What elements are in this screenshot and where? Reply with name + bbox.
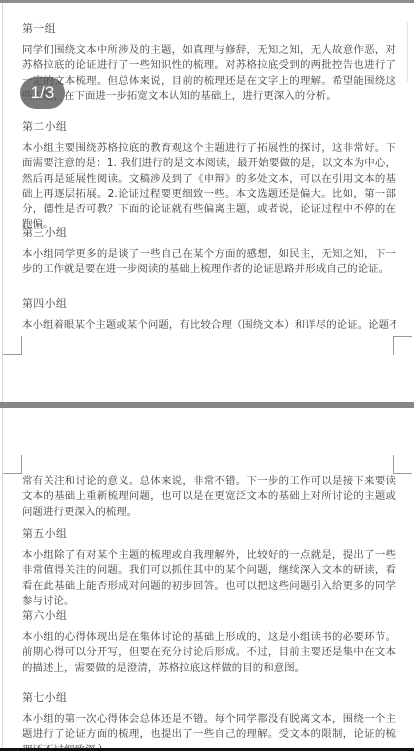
crop-mark-top-right [393,455,412,474]
top-edge-bar [0,0,414,3]
section-body-part2: 常有关注和讨论的意义。总体来说，非常不错。下一步的工作可以是接下来要读文本的基础… [22,474,396,520]
section-heading: 第七小组 [22,691,396,705]
section-heading: 第二小组 [22,120,396,134]
section-group-6: 第六小组 本小组的心得体现出是在集体讨论的基础上形成的，这是小组读书的必要环节。… [22,609,396,676]
page-break [0,402,414,408]
section-body: 本小组同学更多的是谈了一些自己在某个方面的感想，如民主，无知之知，下一步的工作就… [22,247,396,278]
section-body: 本小组的第一次心得体会总体还是不错。每个同学都没有脱离文本，围绕一个主题进行了论… [22,712,396,751]
crop-mark-bottom-right [393,336,412,355]
page-right-edge [407,22,408,82]
section-heading: 第六小组 [22,609,396,623]
crop-mark-bottom-left [3,336,22,355]
page-indicator-badge: 1/3 [20,77,65,109]
section-heading: 第五小组 [22,527,396,541]
section-group-1: 第一组 同学们围绕文本中所涉及的主题，如真理与修辞，无知之知，无人故意作恶，对苏… [22,22,396,104]
section-group-3: 第三小组 本小组同学更多的是谈了一些自己在某个方面的感想，如民主，无知之知，下一… [22,226,396,278]
section-body: 本小组除了有对某个主题的梳理或自我理解外，比较好的一点就是，提出了一些非常值得关… [22,548,396,609]
section-body-part1: 本小组着眼某个主题或某个问题，有比较合理（围绕文本）和详尽的论证。论题不大不小，… [22,318,396,333]
section-heading: 第一组 [22,22,396,36]
section-group-7: 第七小组 本小组的第一次心得体会总体还是不错。每个同学都没有脱离文本，围绕一个主… [22,691,396,751]
section-heading: 第三小组 [22,226,396,240]
section-body: 本小组主要围绕苏格拉底的教育观这个主题进行了拓展性的探讨，这非常好。下面需要注意… [22,141,396,233]
section-body: 同学们围绕文本中所涉及的主题，如真理与修辞，无知之知，无人故意作恶，对苏格拉底的… [22,43,396,104]
crop-mark-top-left [3,455,22,474]
section-group-4: 第四小组 本小组着眼某个主题或某个问题，有比较合理（围绕文本）和详尽的论证。论题… [22,297,396,333]
section-heading: 第四小组 [22,297,396,311]
page-left-edge [2,3,3,748]
section-group-5: 第五小组 本小组除了有对某个主题的梳理或自我理解外，比较好的一点就是，提出了一些… [22,527,396,609]
section-body: 本小组的心得体现出是在集体讨论的基础上形成的，这是小组读书的必要环节。前期心得可… [22,630,396,676]
section-group-4-continued: 常有关注和讨论的意义。总体来说，非常不错。下一步的工作可以是接下来要读文本的基础… [22,474,396,520]
section-group-2: 第二小组 本小组主要围绕苏格拉底的教育观这个主题进行了拓展性的探讨，这非常好。下… [22,120,396,233]
